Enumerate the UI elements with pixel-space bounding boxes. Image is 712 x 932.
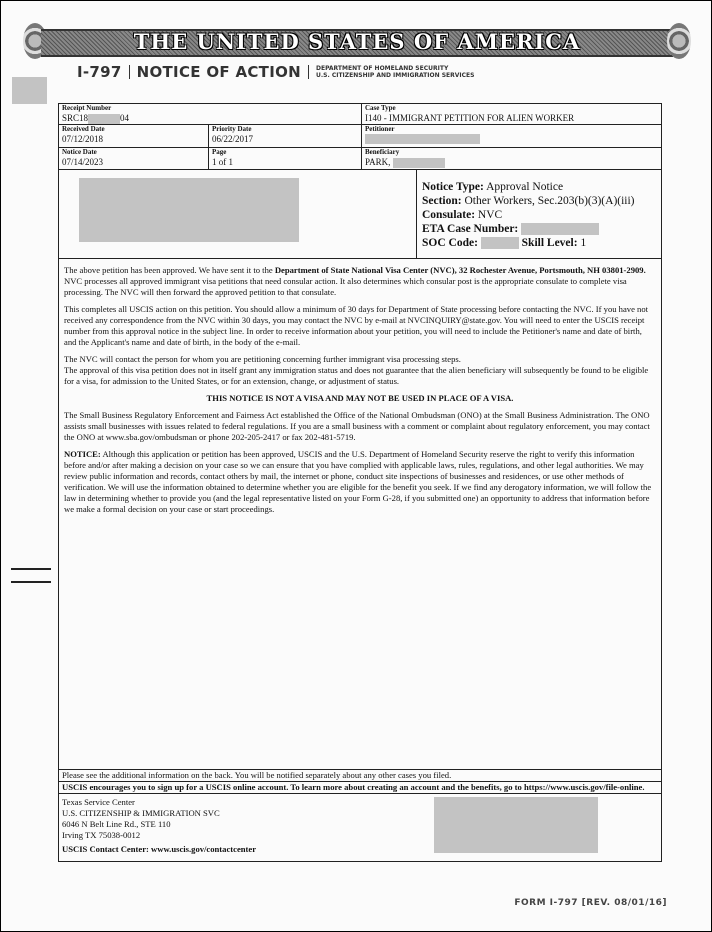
section-line: Section: Other Workers, Sec.203(b)(3)(A)… [422,194,656,208]
notice-type-line: Notice Type: Approval Notice [422,180,656,194]
online-account-notice: USCIS encourages you to sign up for a US… [59,782,661,794]
receipt-number-value: SRC1804 [62,113,358,124]
address-line: Texas Service Center [62,797,256,808]
paragraph-status: The NVC will contact the person for whom… [64,354,656,387]
beneficiary-value: PARK, [365,157,658,168]
receipt-suffix: 04 [120,113,129,124]
redacted-address [79,178,299,242]
ornament-right-icon [667,23,691,59]
service-center-address: Texas Service Center U.S. CITIZENSHIP & … [62,797,256,857]
address-line: Irving TX 75038-0012 [62,830,256,841]
redacted-petitioner [365,134,480,144]
case-type-label: Case Type [365,104,658,113]
service-center-block: Texas Service Center U.S. CITIZENSHIP & … [59,794,661,861]
notice-date-value: 07/14/2023 [62,157,205,168]
case-type-value: I140 - IMMIGRANT PETITION FOR ALIEN WORK… [365,113,658,124]
redacted-barcode [434,797,598,853]
text: The approval of this visa petition does … [64,365,648,386]
department-line: DEPARTMENT OF HOMELAND SECURITY [316,65,474,72]
banner: THE UNITED STATES OF AMERICA [23,23,691,61]
consulate-label: Consulate: [422,209,475,221]
consulate-value: NVC [478,209,502,221]
text: Although this application or petition ha… [64,449,651,514]
divider [308,65,309,79]
document-page: THE UNITED STATES OF AMERICA I-797 NOTIC… [0,0,712,932]
redacted-soc [481,237,519,249]
priority-date-value: 06/22/2017 [212,134,358,145]
redacted-block [12,77,47,104]
row-receipt: Receipt Number SRC1804 Case Type I140 - … [59,104,661,125]
paragraph-notice: NOTICE: Although this application or pet… [64,449,656,515]
visa-warning: THIS NOTICE IS NOT A VISA AND MAY NOT BE… [64,393,656,404]
paragraph-ombudsman: The Small Business Regulatory Enforcemen… [64,410,656,443]
nvc-address: Department of State National Visa Center… [275,265,646,275]
priority-date-cell: Priority Date 06/22/2017 [209,125,362,147]
contact-center: USCIS Contact Center: www.uscis.gov/cont… [62,844,256,855]
section-label: Section: [422,195,462,207]
received-date-cell: Received Date 07/12/2018 [59,125,209,147]
redacted-receipt [88,114,120,124]
skill-level-label: Skill Level: [522,237,578,249]
receipt-prefix: SRC18 [62,113,88,124]
received-date-value: 07/12/2018 [62,134,205,145]
notice-date-cell: Notice Date 07/14/2023 [59,148,209,169]
notice-form: Receipt Number SRC1804 Case Type I140 - … [58,103,662,862]
beneficiary-label: Beneficiary [365,148,658,157]
fold-mark [11,581,51,583]
text: The NVC will contact the person for whom… [64,354,461,364]
text: NVC processes all approved immigrant vis… [64,276,627,297]
address-block [59,170,417,258]
additional-info: Please see the additional information on… [59,770,661,782]
agency-line: U.S. CITIZENSHIP AND IMMIGRATION SERVICE… [316,72,474,79]
soc-line: SOC Code: Skill Level: 1 [422,236,656,250]
page-value: 1 of 1 [212,157,358,168]
divider [129,65,130,79]
row-notice: Notice Date 07/14/2023 Page 1 of 1 Benef… [59,148,661,170]
form-number: FORM I-797 [REV. 08/01/16] [514,898,667,908]
priority-date-label: Priority Date [212,125,358,134]
notice-info-box: Notice Type: Approval Notice Section: Ot… [59,170,661,259]
redacted-eta [521,223,599,235]
notice-body: The above petition has been approved. We… [59,259,661,770]
skill-level-value: 1 [580,237,586,249]
consulate-line: Consulate: NVC [422,208,656,222]
eta-label: ETA Case Number: [422,223,518,235]
petitioner-cell: Petitioner [362,125,661,147]
receipt-number-cell: Receipt Number SRC1804 [59,104,362,124]
address-line: U.S. CITIZENSHIP & IMMIGRATION SVC [62,808,256,819]
beneficiary-name: PARK, [365,157,390,168]
redacted-beneficiary [393,158,445,168]
notice-date-label: Notice Date [62,148,205,157]
department: DEPARTMENT OF HOMELAND SECURITY U.S. CIT… [316,65,474,79]
address-line: 6046 N Belt Line Rd., STE 110 [62,819,256,830]
section-value: Other Workers, Sec.203(b)(3)(A)(iii) [464,195,634,207]
form-subtitle: NOTICE OF ACTION [137,63,301,81]
notice-type-value: Approval Notice [486,181,563,193]
received-date-label: Received Date [62,125,205,134]
row-dates: Received Date 07/12/2018 Priority Date 0… [59,125,661,148]
page-cell: Page 1 of 1 [209,148,362,169]
paragraph-approval: The above petition has been approved. We… [64,265,656,298]
page-label: Page [212,148,358,157]
fold-mark [11,568,51,570]
banner-title: THE UNITED STATES OF AMERICA [41,29,673,53]
beneficiary-cell: Beneficiary PARK, [362,148,661,169]
petitioner-label: Petitioner [365,125,658,134]
text: The above petition has been approved. We… [64,265,275,275]
notice-details: Notice Type: Approval Notice Section: Ot… [417,170,661,258]
receipt-number-label: Receipt Number [62,104,358,113]
petitioner-value [365,134,658,144]
form-title: I-797 [77,63,122,81]
form-header: I-797 NOTICE OF ACTION DEPARTMENT OF HOM… [77,63,474,81]
soc-label: SOC Code: [422,237,478,249]
notice-type-label: Notice Type: [422,181,484,193]
case-type-cell: Case Type I140 - IMMIGRANT PETITION FOR … [362,104,661,124]
paragraph-nvc-contact: This completes all USCIS action on this … [64,304,656,348]
eta-line: ETA Case Number: [422,222,656,236]
notice-label: NOTICE: [64,449,101,459]
